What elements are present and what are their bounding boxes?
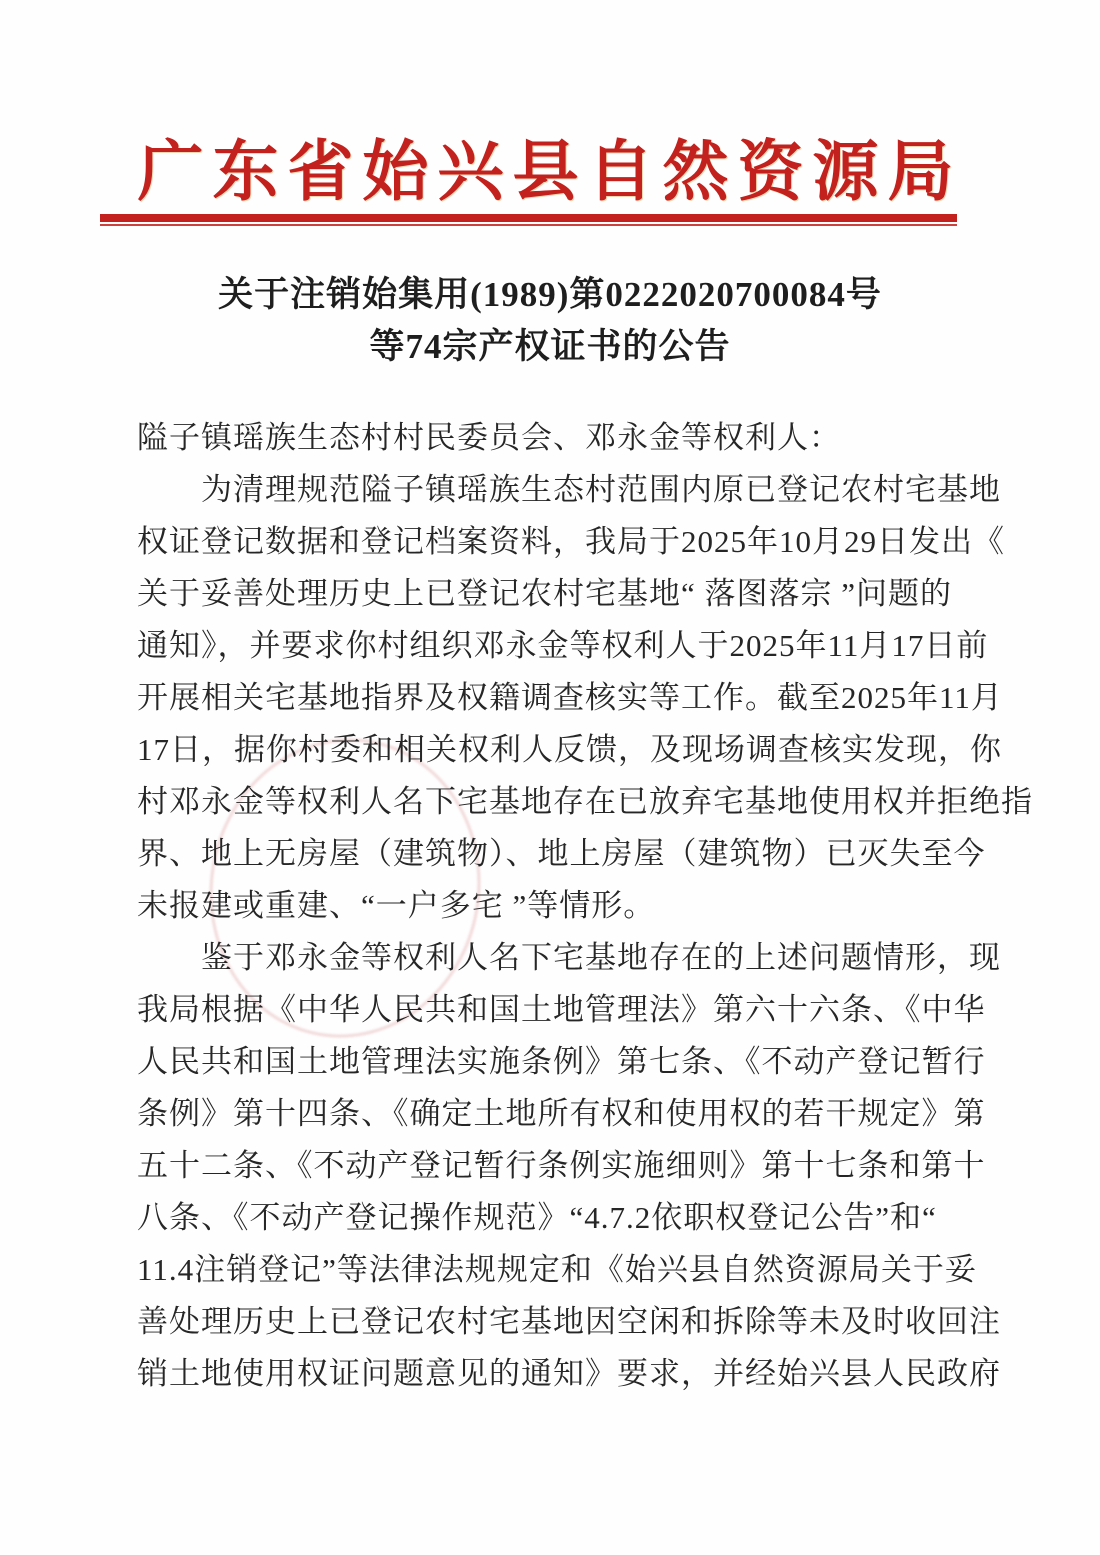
letterhead-title: 广东省始兴县自然资源局	[0, 118, 1100, 213]
body-line: 11.4注销登记”等法律法规规定和《始兴县自然资源局关于妥	[137, 1244, 977, 1296]
body-lines: 为清理规范隘子镇瑶族生态村范围内原已登记农村宅基地权证登记数据和登记档案资料，我…	[137, 464, 977, 1400]
letterhead-divider	[100, 214, 957, 226]
body-line: 善处理历史上已登记农村宅基地因空闲和拆除等未及时收回注	[137, 1296, 977, 1348]
divider-thin-line	[100, 224, 957, 226]
body-line: 条例》第十四条、《确定土地所有权和使用权的若干规定》第	[137, 1088, 977, 1140]
body-line: 界、地上无房屋（建筑物）、地上房屋（建筑物）已灭失至今	[137, 828, 977, 880]
body-line: 五十二条、《不动产登记暂行条例实施细则》第十七条和第十	[137, 1140, 977, 1192]
body-line: 八条、《不动产登记操作规范》“4.7.2依职权登记公告”和“	[137, 1192, 977, 1244]
body-line: 通知》，并要求你村组织邓永金等权利人于2025年11月17日前	[137, 620, 977, 672]
body-line: 未报建或重建、“一户多宅 ”等情形。	[137, 880, 977, 932]
notice-title-line1: 关于注销始集用(1989)第0222020700084号	[0, 267, 1100, 317]
body-line: 人民共和国土地管理法实施条例》第七条、《不动产登记暂行	[137, 1036, 977, 1088]
salutation: 隘子镇瑶族生态村村民委员会、邓永金等权利人：	[137, 412, 977, 464]
body-line: 销土地使用权证问题意见的通知》要求，并经始兴县人民政府	[137, 1348, 977, 1400]
body-line: 我局根据《中华人民共和国土地管理法》第六十六条、《中华	[137, 984, 977, 1036]
divider-thick-line	[100, 214, 957, 222]
notice-title-line2: 等74宗产权证书的公告	[0, 319, 1100, 369]
body-line: 村邓永金等权利人名下宅基地存在已放弃宅基地使用权并拒绝指	[137, 776, 977, 828]
body-line: 关于妥善处理历史上已登记农村宅基地“ 落图落宗 ”问题的	[137, 568, 977, 620]
body-line: 鉴于邓永金等权利人名下宅基地存在的上述问题情形，现	[137, 932, 977, 984]
notice-body: 隘子镇瑶族生态村村民委员会、邓永金等权利人： 为清理规范隘子镇瑶族生态村范围内原…	[137, 412, 977, 1400]
body-line: 17日，据你村委和相关权利人反馈，及现场调查核实发现，你	[137, 724, 977, 776]
document-page: 广东省始兴县自然资源局 关于注销始集用(1989)第0222020700084号…	[0, 0, 1100, 1555]
body-line: 开展相关宅基地指界及权籍调查核实等工作。截至2025年11月	[137, 672, 977, 724]
body-line: 为清理规范隘子镇瑶族生态村范围内原已登记农村宅基地	[137, 464, 977, 516]
body-line: 权证登记数据和登记档案资料，我局于2025年10月29日发出《	[137, 516, 977, 568]
